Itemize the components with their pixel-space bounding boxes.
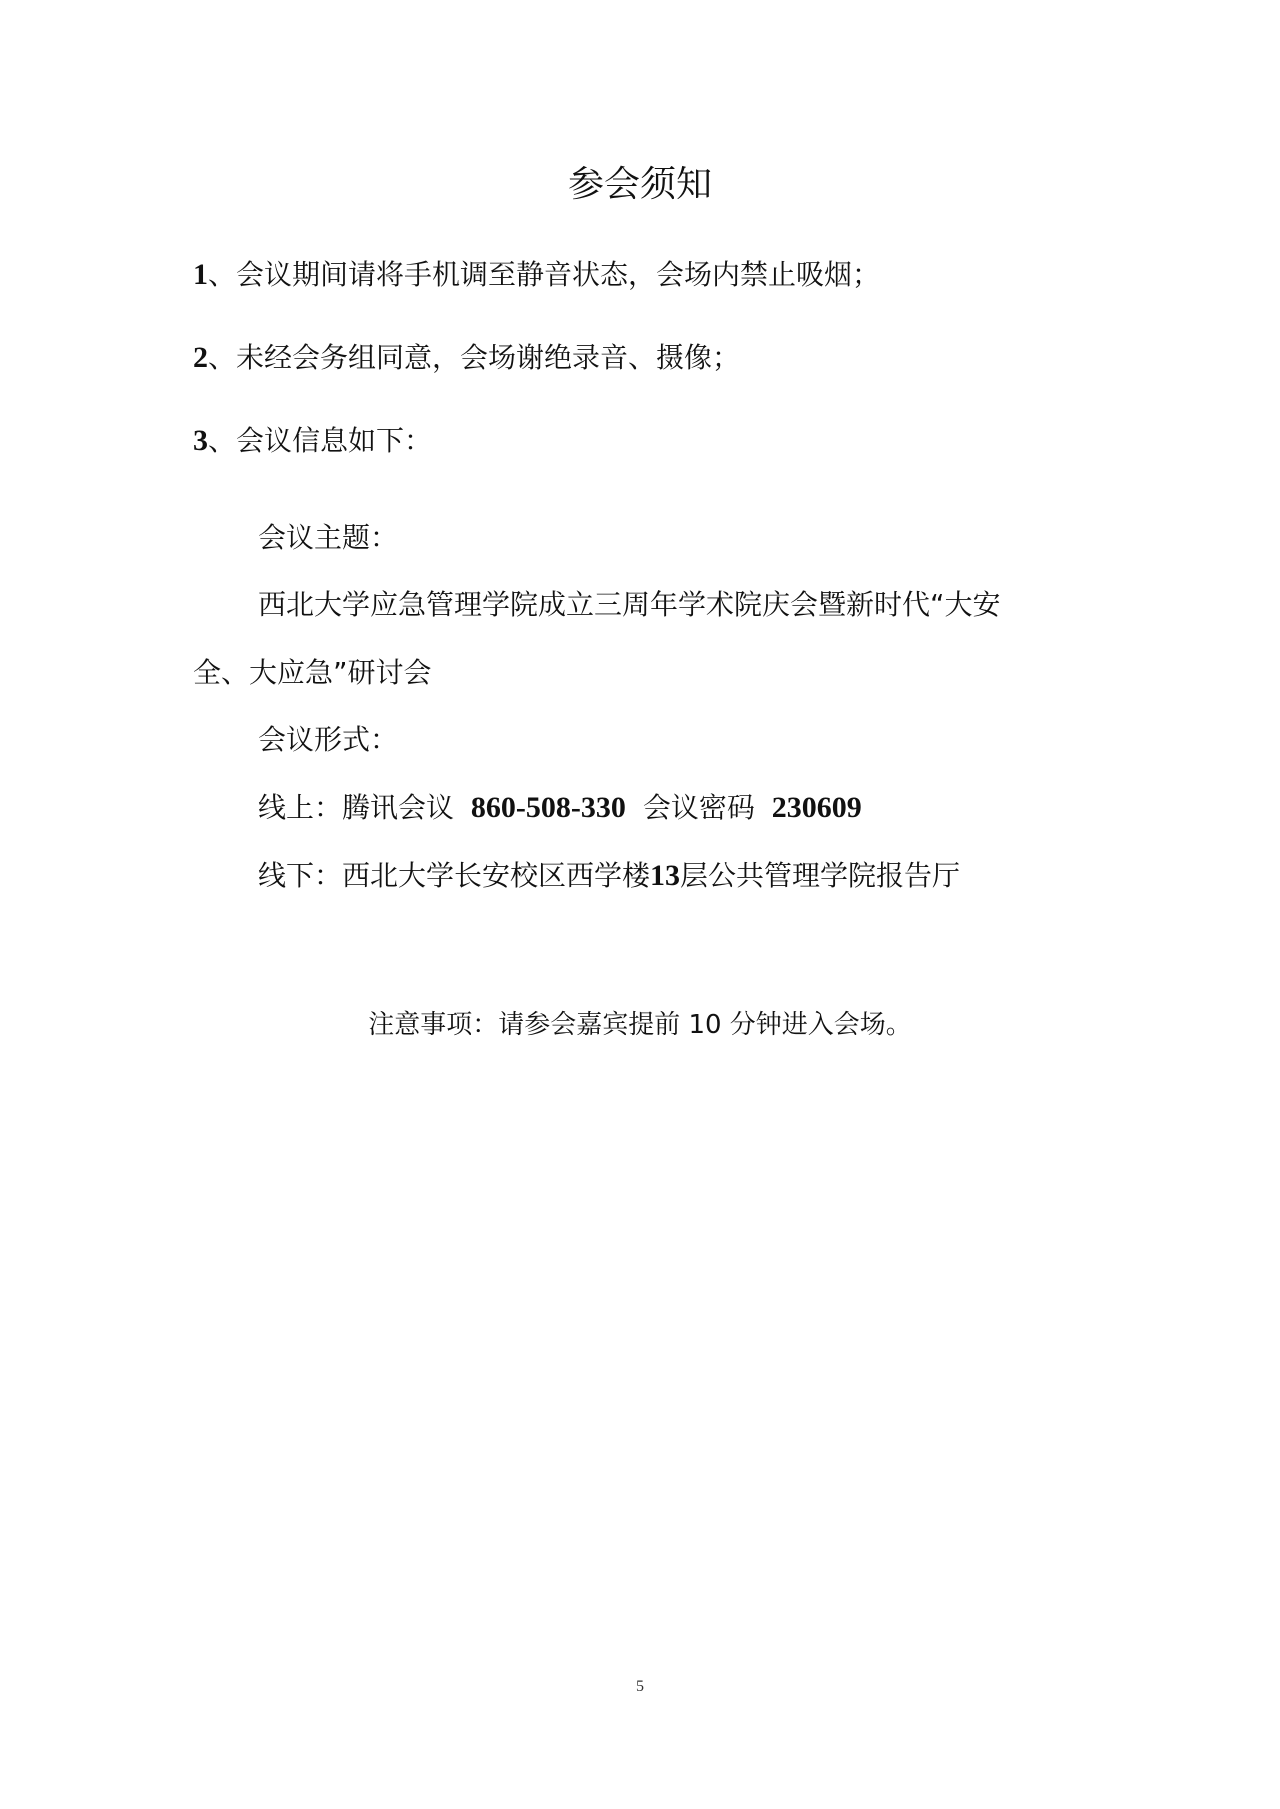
notice-item-1: 1、会议期间请将手机调至静音状态，会场内禁止吸烟； [193, 257, 880, 293]
item-text: 会议期间请将手机调至静音状态，会场内禁止吸烟； [236, 258, 880, 291]
item-text: 未经会务组同意，会场谢绝录音、摄像； [236, 341, 740, 374]
item-separator: 、 [208, 424, 236, 457]
item-number: 2 [193, 341, 208, 374]
offline-floor: 13 [650, 859, 680, 892]
attendance-notice: 注意事项：请参会嘉宾提前 10 分钟进入会场。 [0, 1008, 1280, 1042]
online-label: 线上：腾讯会议 [258, 791, 454, 824]
page-number: 5 [0, 1678, 1280, 1696]
format-label: 会议形式： [258, 722, 398, 758]
theme-line-1: 西北大学应急管理学院成立三周年学术院庆会暨新时代“大安 [258, 587, 1001, 623]
item-text: 会议信息如下： [236, 424, 432, 457]
notice-item-3: 3、会议信息如下： [193, 423, 432, 459]
meeting-id: 860-508-330 [471, 791, 626, 824]
theme-line-2: 全、大应急”研讨会 [193, 655, 432, 691]
offline-location-1: 西北大学长安校区西学楼 [342, 859, 650, 892]
theme-label: 会议主题： [258, 520, 398, 556]
password-label: 会议密码 [643, 791, 755, 824]
item-separator: 、 [208, 341, 236, 374]
meeting-password: 230609 [772, 791, 862, 824]
offline-location-2: 层公共管理学院报告厅 [680, 859, 960, 892]
page-title: 参会须知 [0, 162, 1280, 208]
item-number: 3 [193, 424, 208, 457]
notice-item-2: 2、未经会务组同意，会场谢绝录音、摄像； [193, 340, 740, 376]
online-info: 线上：腾讯会议 860-508-330 会议密码 230609 [258, 790, 862, 826]
item-separator: 、 [208, 258, 236, 291]
item-number: 1 [193, 258, 208, 291]
offline-info: 线下：西北大学长安校区西学楼13层公共管理学院报告厅 [258, 858, 960, 894]
offline-label: 线下： [258, 859, 342, 892]
